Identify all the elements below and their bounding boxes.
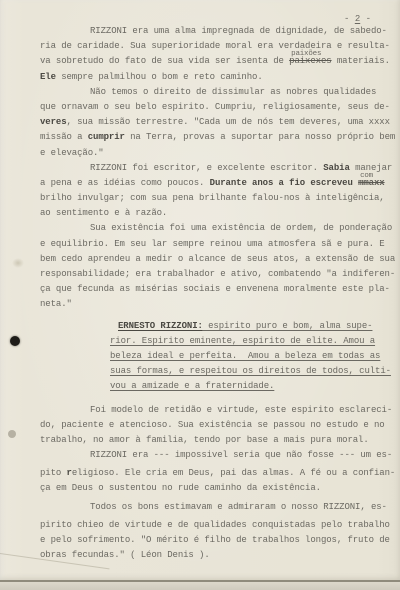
text-line: trabalho, no amor à familia, tendo por b…	[40, 433, 394, 448]
text-line: bem cedo aprendeu a medir o alcance de s…	[40, 252, 394, 267]
text-line: RIZZONI era --- impossivel seria que não…	[40, 448, 394, 463]
text-line: e equilibrio. Em seu lar sempre reinou u…	[40, 237, 394, 252]
text-segment: Sabia	[323, 163, 350, 173]
text-segment: e elevação."	[40, 148, 104, 158]
punch-hole-dot-faint	[8, 430, 16, 438]
paper-smudge	[12, 258, 24, 268]
text-line: beleza ideal e perfeita. Amou a beleza e…	[40, 349, 394, 364]
text-segment: materiais.	[332, 56, 390, 66]
page-number-prefix: -	[344, 14, 355, 24]
text-line: Foi modelo de retidão e virtude, este es…	[40, 403, 394, 418]
text-segment: ao sentimento e à razão.	[40, 208, 167, 218]
text-segment: obras fecundas." ( Léon Denis ).	[40, 550, 210, 560]
correction-wrapper: commmaxx	[358, 176, 385, 191]
text-segment: na Terra, provas a suportar para nosso p…	[125, 132, 395, 142]
page-number: - 2 -	[344, 14, 371, 24]
page-number-suffix: -	[360, 14, 371, 24]
text-segment: Durante anos a fio escreveu	[210, 178, 358, 188]
scanned-typewritten-page: { "page": { "number_prefix": "- ", "numb…	[0, 0, 400, 590]
text-segment: ria de caridade. Sua superioridade moral…	[40, 41, 390, 51]
text-segment: Não temos o direito de dissimular as nob…	[90, 87, 376, 97]
text-line: brilho invulgar; com sua pena brilhante …	[40, 191, 394, 206]
text-line: pirito chieo de virtude e de qualidades …	[40, 518, 394, 533]
text-segment: Todos os bons estimavam e admiraram o no…	[90, 502, 387, 512]
text-segment: sempre palmilhou o bom e reto caminho.	[56, 72, 263, 82]
text-segment: trabalho, no amor à familia, tendo por b…	[40, 435, 369, 445]
text-segment: RIZZONI era uma alma impregnada de digni…	[90, 26, 387, 36]
text-line: ça em Deus o sustentou no rude caminho d…	[40, 481, 394, 496]
text-segment: veres	[40, 117, 67, 127]
text-segment: Ele	[40, 72, 56, 82]
text-line: pito religioso. Ele cria em Deus, pai da…	[40, 466, 394, 481]
text-segment: responsabilidade; era trabalhador e ativ…	[40, 269, 395, 279]
scanner-background	[0, 582, 400, 590]
text-segment: e pelo sofrimento. "O mérito é filho de …	[40, 535, 390, 545]
text-line: a pena e as idéias como poucos. Durante …	[40, 176, 394, 191]
text-segment: brilho invulgar; com sua pena brilhante …	[40, 193, 385, 203]
text-line: veres, sua missão terrestre. "Cada um de…	[40, 115, 394, 130]
text-line: va sobretudo do fato de sua vida ser ise…	[40, 54, 394, 69]
text-lines: RIZZONI era uma alma impregnada de digni…	[40, 24, 394, 563]
text-segment: pito	[40, 468, 67, 478]
text-segment: ERNESTO RIZZONI:	[118, 321, 203, 331]
text-segment: Foi modelo de retidão e virtude, este es…	[90, 405, 392, 415]
text-segment: espirito puro e bom, alma supe-	[203, 321, 373, 331]
text-segment: Sua existência foi uma existência de ord…	[90, 223, 392, 233]
text-line: responsabilidade; era trabalhador e ativ…	[40, 267, 394, 282]
typed-correction-above: paixões	[291, 47, 321, 62]
text-segment: RIZZONI foi escritor, e excelente escrit…	[90, 163, 323, 173]
text-line: Não temos o direito de dissimular as nob…	[40, 85, 394, 100]
text-segment: cumprir	[88, 132, 125, 142]
text-line: Sua existência foi uma existência de ord…	[40, 221, 394, 236]
text-segment: beleza ideal e perfeita. Amou a beleza e…	[110, 351, 380, 361]
text-line: ça que fecunda as misérias sociais e env…	[40, 282, 394, 297]
text-line: rior. Espirito eminente, espirito de eli…	[40, 334, 394, 349]
text-line: ERNESTO RIZZONI: espirito puro e bom, al…	[40, 319, 394, 334]
text-segment: que ornavam o seu belo espirito. Cumpriu…	[40, 102, 390, 112]
text-segment: ça que fecunda as misérias sociais e env…	[40, 284, 390, 294]
text-line: que ornavam o seu belo espirito. Cumpriu…	[40, 100, 394, 115]
text-segment: missão a	[40, 132, 88, 142]
text-segment: a pena e as idéias como poucos.	[40, 178, 210, 188]
text-segment: , sua missão terrestre. "Cada um de nós …	[67, 117, 390, 127]
text-line: suas formas, e respeitou os direitos de …	[40, 364, 394, 379]
text-segment: bem cedo aprendeu a medir o alcance de s…	[40, 254, 395, 264]
text-segment: do, paciente e atencioso. Sua existência…	[40, 420, 385, 430]
text-line: vou a amizade e a fraternidade.	[40, 379, 394, 394]
text-segment: RIZZONI era --- impossivel seria que não…	[90, 450, 392, 460]
text-line: e pelo sofrimento. "O mérito é filho de …	[40, 533, 394, 548]
text-segment: pirito chieo de virtude e de qualidades …	[40, 520, 390, 530]
text-segment: ça em Deus o sustentou no rude caminho d…	[40, 483, 321, 493]
text-segment: suas formas, e respeitou os direitos de …	[110, 366, 391, 376]
text-line: do, paciente e atencioso. Sua existência…	[40, 418, 394, 433]
punch-hole-dot	[10, 336, 20, 346]
typed-correction-above: com	[360, 169, 373, 184]
text-segment: rior. Espirito eminente, espirito de eli…	[110, 336, 375, 346]
paper-sheet: - 2 - RIZZONI era uma alma impregnada de…	[0, 0, 400, 582]
text-line: Todos os bons estimavam e admiraram o no…	[40, 500, 394, 515]
text-segment: eligioso. Ele cria em Deus, pai das alma…	[72, 468, 395, 478]
text-segment: va sobretudo do fato de sua vida ser ise…	[40, 56, 289, 66]
text-line: e elevação."	[40, 146, 394, 161]
text-line: ao sentimento e à razão.	[40, 206, 394, 221]
text-segment: neta."	[40, 299, 72, 309]
text-line: Ele sempre palmilhou o bom e reto caminh…	[40, 70, 394, 85]
text-line: RIZZONI era uma alma impregnada de digni…	[40, 24, 394, 39]
text-line: neta."	[40, 297, 394, 312]
correction-wrapper: paixõespaixexes	[289, 54, 331, 69]
text-segment: e equilibrio. Em seu lar sempre reinou u…	[40, 239, 385, 249]
text-line: RIZZONI foi escritor, e excelente escrit…	[40, 161, 394, 176]
text-segment: vou a amizade e a fraternidade.	[110, 381, 274, 391]
text-line: ria de caridade. Sua superioridade moral…	[40, 39, 394, 54]
text-line: obras fecundas." ( Léon Denis ).	[40, 548, 394, 563]
text-line: missão a cumprir na Terra, provas a supo…	[40, 130, 394, 145]
